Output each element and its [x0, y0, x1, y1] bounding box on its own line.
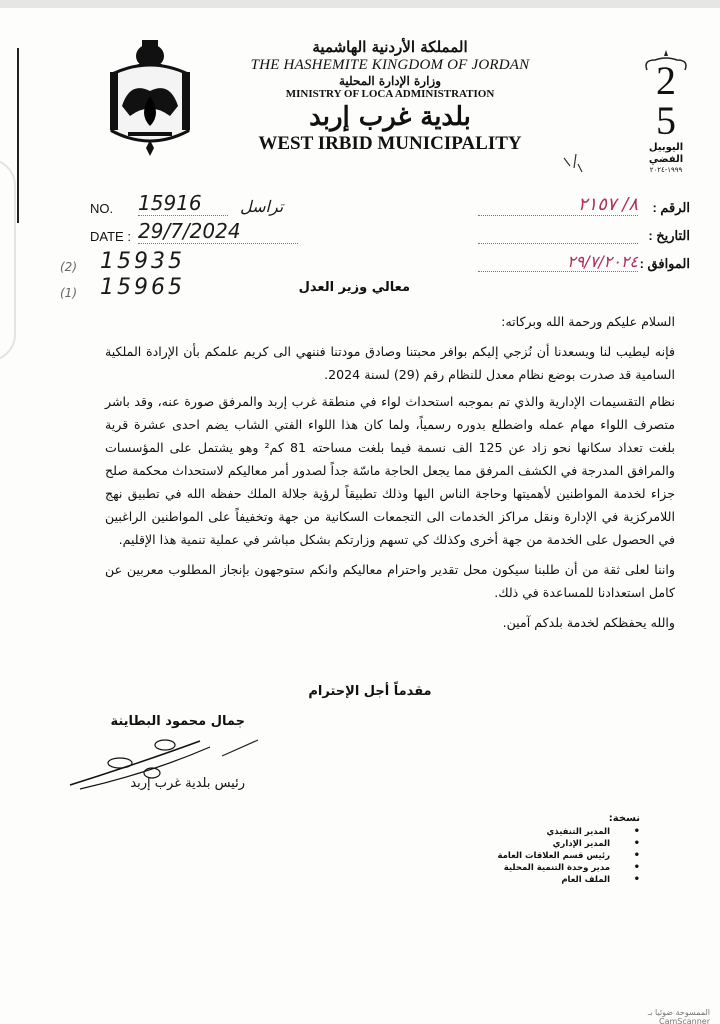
pen-stroke — [220, 738, 260, 758]
greeting: السلام عليكم ورحمة الله وبركاته: — [105, 310, 675, 333]
letter-body: السلام عليكم ورحمة الله وبركاته: فإنه لي… — [105, 310, 675, 641]
page-edge-shadow — [0, 158, 16, 362]
jubilee-caption: اليوبيل الفضي — [635, 142, 697, 166]
letterhead: المملكة الأردنية الهاشمية THE HASHEMITE … — [240, 38, 540, 155]
extra-number-1: 15935 — [100, 249, 185, 274]
english-ministry: MINISTRY OF LOCA ADMINISTRATION — [240, 88, 540, 101]
signatory-name: جمال محمود البطاينة — [70, 714, 245, 729]
copy-item: رئيس قسم العلاقات العامة — [480, 850, 610, 862]
scan-top-border — [0, 0, 720, 8]
letter-page: المملكة الأردنية الهاشمية THE HASHEMITE … — [0, 8, 720, 1024]
svg-text:5: 5 — [656, 98, 676, 138]
date-label-ar: التاريخ : — [638, 228, 690, 244]
paragraph-4: والله يحفظكم لخدمة بلدكم آمين. — [105, 611, 675, 634]
reference-arabic: الرقم : ٨/ ٢١٥٧ التاريخ : الموافق : ٢٩/٧… — [470, 188, 690, 272]
english-municipality: WEST IRBID MUNICIPALITY — [240, 133, 540, 155]
pen-marks — [560, 148, 590, 178]
copy-item: المدير التنفيذي — [480, 826, 610, 838]
corresponding-label: الموافق : — [638, 256, 690, 272]
arabic-municipality: بلدية غرب إربد — [240, 101, 540, 133]
copy-item: الملف العام — [480, 874, 610, 886]
coat-of-arms-icon — [100, 36, 200, 166]
no-annotation: تراسل — [240, 197, 283, 216]
paragraph-3: واننا لعلى ثقة من أن طلبنا سيكون محل تقد… — [105, 558, 675, 604]
extra-prefix-2: (1) — [60, 286, 100, 300]
copy-item: مدير وحدة التنمية المحلية — [480, 862, 610, 874]
copy-item: المدير الإداري — [480, 838, 610, 850]
english-kingdom: THE HASHEMITE KINGDOM OF JORDAN — [240, 56, 540, 74]
corresponding-value: ٢٩/٧/٢٠٢٤ — [478, 252, 638, 272]
number-label: الرقم : — [638, 200, 690, 216]
extra-prefix-1: (2) — [60, 260, 100, 274]
paragraph-2: نظام التقسيمات الإدارية والذي تم بموجبه … — [105, 390, 675, 551]
extra-number-2: 15965 — [100, 275, 185, 300]
signatory-title: رئيس بلدية غرب إربد — [70, 776, 245, 791]
silver-jubilee-logo: 2 5 اليوبيل الفضي ١٩٩٩-٢٠٢٤ — [635, 48, 697, 173]
closing-salutation: مقدماً أجل الإحترام — [290, 684, 450, 699]
date-value-ar — [478, 229, 638, 244]
jubilee-years: ١٩٩٩-٢٠٢٤ — [635, 166, 697, 175]
paragraph-1: فإنه ليطيب لنا ويسعدنا أن نُزجي إليكم بو… — [105, 340, 675, 386]
copies-title: نسخة: — [480, 813, 640, 824]
date-value: 29/7/2024 — [138, 219, 298, 244]
addressee: معالي وزير العدل — [250, 280, 410, 295]
no-value: 15916 — [138, 191, 228, 216]
no-label: NO. — [90, 201, 138, 216]
jubilee-25-icon: 2 5 — [635, 48, 697, 138]
arabic-ministry: وزارة الإدارة المحلية — [240, 74, 540, 88]
number-value: ٨/ ٢١٥٧ — [478, 194, 638, 216]
date-label: DATE : — [90, 229, 138, 244]
page-edge-line — [17, 48, 19, 223]
svg-text:2: 2 — [656, 58, 676, 103]
scanner-watermark: الممسوحة ضوئيا بـ CamScanner — [610, 1008, 710, 1024]
arabic-kingdom: المملكة الأردنية الهاشمية — [240, 38, 540, 56]
copies-list: نسخة: المدير التنفيذي المدير الإداري رئي… — [480, 813, 630, 886]
